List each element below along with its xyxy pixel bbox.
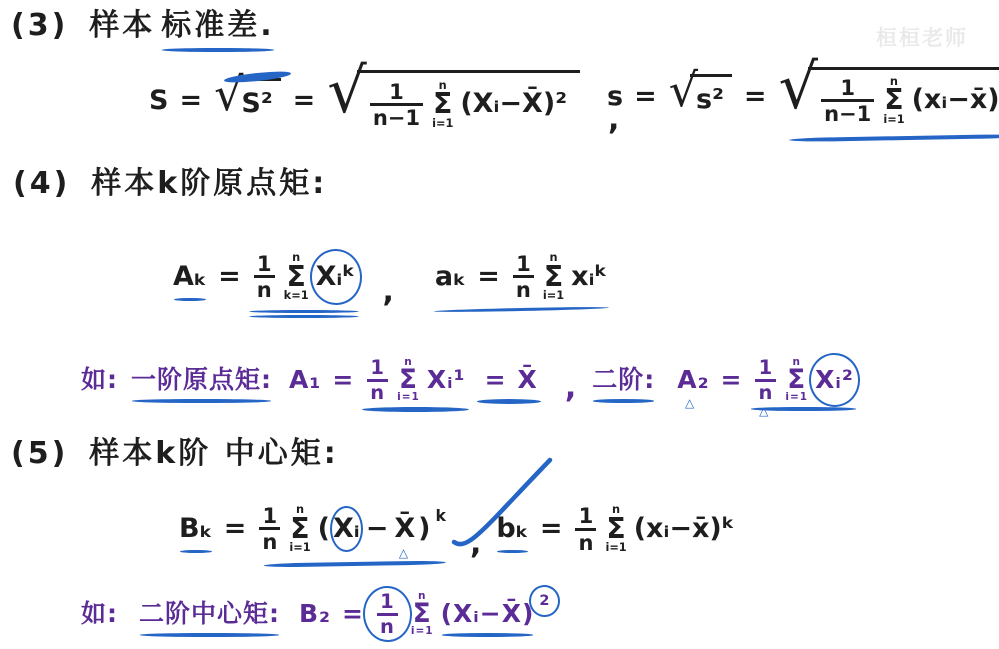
watermark: 桓桓老师: [876, 22, 968, 52]
fraction-numerator: 1: [378, 591, 397, 612]
fraction-denominator: n: [513, 275, 534, 301]
fraction-numerator: 1: [514, 252, 533, 275]
sqrt-variance-expression-underlined: √ 1 n−1 n Σ i=1 (xᵢ−x̄)²: [779, 66, 999, 128]
squared-deviation-term: (xᵢ−x̄)²: [912, 84, 999, 116]
example-prefix: 如:: [81, 599, 118, 629]
sigma-symbol: Σ: [399, 368, 418, 393]
summation: n Σ i=1: [432, 80, 453, 130]
x-i-to-k-term: xᵢᵏ: [571, 261, 608, 293]
equals-sign: =: [721, 365, 743, 395]
summation: n Σ i=1: [605, 504, 626, 554]
equals-sign: =: [485, 365, 507, 395]
fraction-numerator: 1: [838, 76, 857, 99]
sqrt-variance-expression: √ 1 n−1 n Σ i=1 (Xᵢ−X̄)²: [327, 70, 580, 132]
sigma-symbol: Σ: [286, 264, 305, 291]
fraction-with-triangle: 1 n △: [750, 357, 781, 403]
label-second-order-underlined: 二阶:: [592, 365, 655, 395]
X-i-circle-annotation: Xᵢ: [333, 513, 360, 545]
section-5-heading: (5) 样本k阶 中心矩:: [8, 436, 342, 472]
radicand: 1 n−1 n Σ i=1 (xᵢ−x̄)²: [808, 67, 999, 128]
summation: n Σ i=1: [411, 591, 434, 637]
summation: n Σ i=1: [289, 504, 310, 554]
fraction-denominator: n: [755, 379, 776, 403]
deviation-term-underlined: (Xᵢ−X̄): [441, 599, 535, 629]
fraction-1-over-n: 1 n: [575, 504, 596, 553]
equals-sign: =: [224, 513, 247, 545]
fraction-numerator: 1: [255, 252, 274, 275]
example-prefix: 如:: [81, 365, 118, 395]
X-i-to-k-term: Xᵢᵏ: [316, 261, 356, 293]
fraction-denominator: n−1: [370, 103, 423, 129]
A-2-rhs-underlined: 1 n △ n Σ i=1 Xᵢ²: [750, 357, 856, 403]
fraction-1-over-n: 1 n: [513, 252, 534, 301]
sum-lower-limit: i=1: [432, 118, 453, 129]
minus-sign: −: [366, 513, 389, 545]
sigma-symbol: Σ: [290, 516, 309, 543]
A-1-rhs-underlined: 1 n n Σ i=1 Xᵢ¹: [362, 357, 468, 403]
equals-sign: =: [634, 81, 657, 113]
section-3-title-part2-underlined: 标准差.: [161, 8, 274, 44]
comma: ,: [383, 274, 394, 310]
var-S: S: [149, 85, 168, 117]
sigma-symbol: Σ: [606, 516, 625, 543]
fraction-numerator: 1: [577, 504, 596, 527]
radical-sign: √: [779, 56, 819, 118]
fraction-1-over-n: 1 n: [254, 252, 275, 301]
sigma-symbol: Σ: [787, 368, 806, 393]
deviation-to-k-term: (xᵢ−x̄)ᵏ: [634, 513, 735, 545]
comma: ,: [565, 370, 577, 406]
S-squared: S²: [241, 88, 272, 119]
section-3-title-part1: 样本: [89, 8, 155, 44]
section-4-heading: (4) 样本k阶原点矩:: [10, 166, 330, 202]
summation: n Σ i=1: [543, 252, 564, 302]
x-bar-with-triangle: X̄ △: [391, 513, 418, 545]
handwritten-notes-page: 桓桓老师 (3) 样本 标准差. S = √ S² = √ 1 n−1 n: [0, 0, 999, 649]
exponent-2: 2: [539, 593, 550, 609]
sum-lower-limit: i=1: [785, 392, 808, 403]
formula-origin-moments: Aₖ = 1 n n Σ k=1 Xᵢᵏ , aₖ = 1 n: [170, 238, 611, 316]
fraction-numerator: 1: [261, 504, 280, 527]
triangle-mark: △: [685, 397, 695, 409]
radical-sign: √: [327, 60, 367, 122]
sigma-symbol: Σ: [544, 264, 563, 291]
fraction-1-over-n: 1 n: [367, 357, 388, 403]
section-3-heading: (3) 样本 标准差.: [8, 8, 278, 44]
close-paren: ): [418, 513, 430, 545]
sqrt-S-squared: √ S²: [214, 78, 281, 124]
sigma-symbol: Σ: [433, 91, 452, 118]
equals-sign: =: [332, 365, 354, 395]
S-squared-circle-annotation: S²: [235, 78, 280, 124]
var-A-2-with-triangle: A₂ △: [674, 365, 712, 395]
sum-lower-limit: i=1: [605, 542, 626, 553]
fraction-numerator: 1: [368, 357, 387, 378]
X-i-squared-circle-annotation: Xᵢ²: [815, 365, 854, 395]
fraction-circle-annotation: 1 n: [372, 591, 403, 637]
var-B-2: B₂: [299, 599, 331, 629]
formula-a-k-wavy-underlined: aₖ = 1 n n Σ i=1 xᵢᵏ: [432, 252, 611, 302]
sum-lower-limit: i=1: [397, 392, 420, 403]
fraction-1-over-n: 1 n: [377, 591, 398, 637]
var-s: s: [607, 81, 623, 113]
s-squared: s²: [696, 84, 724, 115]
fraction-denominator: n−1: [821, 99, 874, 125]
equals-sign: =: [342, 599, 364, 629]
equals-sign: =: [179, 85, 202, 117]
radical-sign: √: [669, 67, 698, 113]
var-A-2: A₂: [677, 365, 709, 395]
summation: n Σ i=1: [397, 357, 420, 403]
var-a-k: aₖ: [435, 261, 466, 293]
summation: n Σ k=1: [284, 252, 309, 302]
fraction-numerator: 1: [387, 80, 406, 103]
sigma-symbol: Σ: [413, 602, 432, 627]
sum-lower-limit: i=1: [289, 542, 310, 553]
fraction-1-over-n-1: 1 n−1: [821, 76, 874, 125]
fraction-1-over-n: 1 n: [259, 504, 280, 553]
example-central-moment: 如: 二阶中心矩: B₂ = 1 n n Σ i=1 (Xᵢ−X̄) 2: [78, 584, 551, 644]
sqrt-s-squared: √ s²: [669, 74, 732, 120]
fraction-denominator: n: [254, 275, 275, 301]
summation: n Σ i=1: [785, 357, 808, 403]
summation: n Σ i=1: [883, 76, 904, 126]
sum-lower-limit: k=1: [284, 290, 309, 301]
sigma-symbol: Σ: [884, 87, 903, 114]
squared-deviation-term: (Xᵢ−X̄)²: [460, 88, 567, 120]
fraction-denominator: n: [259, 527, 280, 553]
equals-sign: =: [744, 81, 767, 113]
section-4-title: 样本k阶原点矩:: [91, 166, 327, 202]
triangle-mark: △: [399, 547, 408, 559]
exponent-2-circle-annotation: 2: [539, 593, 550, 609]
checkmark-stroke: [448, 452, 558, 552]
var-B-k-underlined: Bₖ: [179, 513, 213, 545]
x-bar: X̄: [518, 365, 538, 395]
X-i-term: Xᵢ: [333, 513, 360, 545]
fraction-denominator: n: [367, 379, 388, 403]
var-A-1: A₁: [289, 365, 321, 395]
label-second-central-moment-underlined: 二阶中心矩:: [139, 599, 280, 629]
formula-sample-std-dev-S: S = √ S² = √ 1 n−1 n Σ i=1 (Xᵢ−X̄)²: [146, 58, 631, 144]
X-i-squared-term: Xᵢ²: [815, 365, 854, 395]
section-5-number: (5): [11, 436, 68, 472]
exponent-k: k: [436, 506, 446, 525]
sum-lower-limit: i=1: [411, 626, 434, 637]
X-i-k-circle-annotation: Xᵢᵏ: [316, 261, 356, 293]
equals-sign: =: [218, 261, 241, 293]
radicand: 1 n−1 n Σ i=1 (Xᵢ−X̄)²: [357, 70, 580, 132]
equals-x-bar-underlined: = X̄: [477, 365, 541, 395]
section-4-number: (4): [13, 166, 70, 202]
section-5-title: 样本k阶 中心矩:: [89, 436, 338, 472]
sum-lower-limit: i=1: [543, 290, 564, 301]
fraction-denominator: n: [575, 528, 596, 554]
triangle-mark: △: [759, 405, 769, 417]
X-i-to-1-term: Xᵢ¹: [427, 365, 466, 395]
formula-sample-std-dev-s: s = √ s² = √ 1 n−1 n Σ i=1 (xᵢ−x̄)²: [604, 54, 999, 140]
sum-lower-limit: i=1: [883, 114, 904, 125]
var-A-k-underlined: Aₖ: [173, 261, 207, 293]
example-origin-moments: 如: 一阶原点矩: A₁ = 1 n n Σ i=1 Xᵢ¹ = X̄ , 二阶…: [78, 348, 857, 412]
A-k-rhs-double-underlined: 1 n n Σ k=1 Xᵢᵏ: [249, 252, 359, 302]
fraction-1-over-n: 1 n: [755, 357, 776, 403]
equals-sign: =: [477, 261, 500, 293]
section-3-number: (3): [11, 8, 68, 44]
fraction-1-over-n-1: 1 n−1: [370, 80, 423, 129]
equals-sign: =: [293, 85, 316, 117]
B-k-rhs-underlined: 1 n n Σ i=1 ( Xᵢ − X̄ △ ) k: [254, 504, 446, 554]
fraction-numerator: 1: [757, 357, 776, 378]
x-bar: X̄: [394, 513, 415, 545]
label-first-origin-moment-underlined: 一阶原点矩:: [131, 365, 272, 395]
open-paren: (: [318, 513, 330, 545]
fraction-denominator: n: [377, 613, 398, 637]
